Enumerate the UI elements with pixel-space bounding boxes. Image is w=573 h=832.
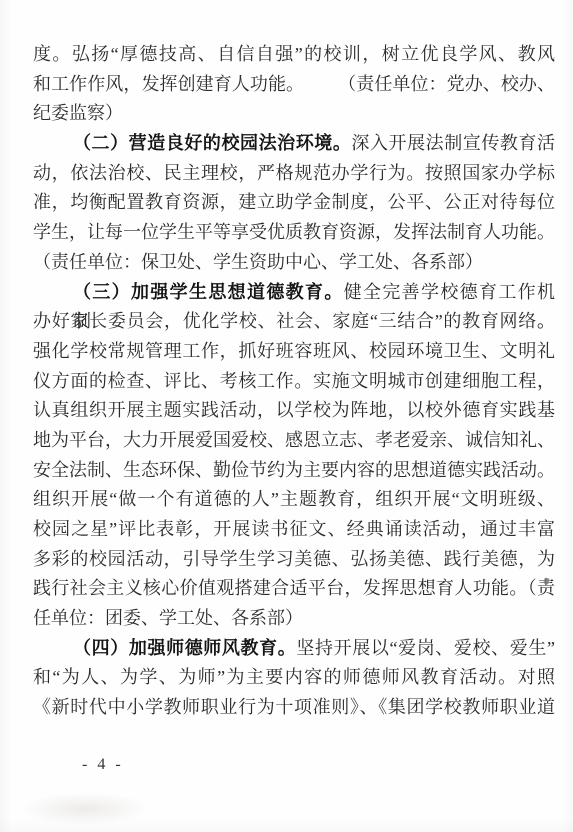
- text-line: 度。弘扬“厚德技高、自信自强”的校训，树立优良学风、教风: [33, 40, 555, 70]
- text-line: 多彩的校园活动，引导学生学习美德、弘扬美德、践行美德，为: [33, 545, 555, 575]
- text-line: （二）营造良好的校园法治环境。深入开展法制宣传教育活: [33, 129, 555, 159]
- text-line: 校园之星”评比表彰，开展读书征文、经典诵读活动，通过丰富: [33, 515, 555, 545]
- text-line: 《新时代中小学教师职业行为十项准则》、《集团学校教师职业道: [33, 693, 555, 723]
- responsibility-unit-note: 任单位：团委、学工处、各系部）: [33, 604, 555, 634]
- text-line: （四）加强师德师风教育。坚持开展以“爱岗、爱校、爱生”: [33, 634, 555, 664]
- text-line: （三）加强学生思想道德教育。健全完善学校德育工作机制。: [33, 278, 555, 308]
- text-line: 和“为人、为学、为师”为主要内容的师德师风教育活动。对照: [33, 663, 555, 693]
- text-line: 准，均衡配置教育资源，建立助学金制度，公平、公正对待每位: [33, 188, 555, 218]
- text-line: 地为平台，大力开展爱国爱校、感恩立志、孝老爱亲、诚信知礼、: [33, 426, 555, 456]
- page-number: - 4 -: [82, 756, 124, 774]
- section-heading: （三）加强学生思想道德教育。: [73, 282, 344, 302]
- text-line: 办好家长委员会，优化学校、社会、家庭“三结合”的教育网络。: [33, 307, 555, 337]
- responsibility-unit-note: （责任单位：保卫处、学生资助中心、学工处、各系部）: [33, 248, 555, 278]
- text-line: 组织开展“做一个有道德的人”主题教育，组织开展“文明班级、: [33, 485, 555, 515]
- document-page: 度。弘扬“厚德技高、自信自强”的校训，树立优良学风、教风 和工作作风，发挥创建育…: [0, 0, 573, 832]
- section-heading: （四）加强师德师风教育。: [73, 638, 296, 658]
- text-line: 和工作作风，发挥创建育人功能。（责任单位：党办、校办、: [33, 70, 555, 100]
- text-segment: 深入开展法制宣传教育活: [351, 133, 555, 153]
- text-line: 仪方面的检查、评比、考核工作。实施文明城市创建细胞工程，: [33, 367, 555, 397]
- document-body: 度。弘扬“厚德技高、自信自强”的校训，树立优良学风、教风 和工作作风，发挥创建育…: [33, 40, 555, 723]
- text-segment: 坚持开展以“爱岗、爱校、爱生”: [296, 638, 555, 658]
- scan-smudge: [20, 792, 150, 826]
- text-segment: 和工作作风，发挥创建育人功能。: [33, 74, 304, 94]
- section-heading: （二）营造良好的校园法治环境。: [73, 133, 351, 153]
- responsibility-unit-note: （责任单位：党办、校办、: [338, 74, 555, 94]
- text-line: 学生，让每一位学生平等享受优质教育资源，发挥法制育人功能。: [33, 218, 555, 248]
- text-line: 纪委监察）: [33, 99, 555, 129]
- text-line: 强化学校常规管理工作，抓好班容班风、校园环境卫生、文明礼: [33, 337, 555, 367]
- text-line: 安全法制、生态环保、勤俭节约为主要内容的思想道德实践活动。: [33, 456, 555, 486]
- text-line: 践行社会主义核心价值观搭建合适平台，发挥思想育人功能。（责: [33, 574, 555, 604]
- text-line: 认真组织开展主题实践活动，以学校为阵地，以校外德育实践基: [33, 396, 555, 426]
- text-line: 动，依法治校、民主理校，严格规范办学行为。按照国家办学标: [33, 159, 555, 189]
